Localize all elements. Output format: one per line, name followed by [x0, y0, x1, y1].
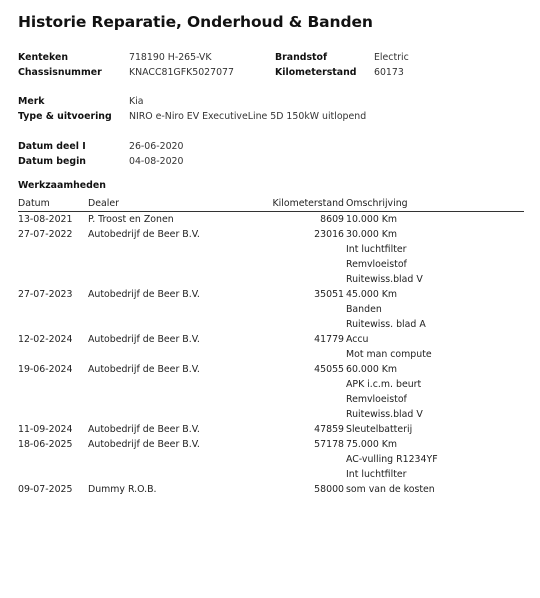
werkzaamheden-table: Datum Dealer Kilometerstand Omschrijving… [18, 196, 524, 497]
werkzaamheden-title: Werkzaamheden [18, 180, 106, 191]
kilometerstand-label: Kilometerstand [275, 65, 357, 80]
cell-omschrijving: 75.000 Km [346, 437, 397, 452]
cell-datum: 13-08-2021 [18, 212, 72, 227]
table-row: 27-07-2023Autobedrijf de Beer B.V.350514… [18, 287, 524, 332]
cell-dealer: Autobedrijf de Beer B.V. [88, 437, 200, 452]
kenteken-value: 718190 H-265-VK [129, 50, 212, 65]
merk-value: Kia [129, 94, 144, 109]
row-extra-line: Remvloeistof [18, 257, 524, 272]
table-row: 09-07-2025Dummy R.O.B.58000som van de ko… [18, 482, 524, 497]
cell-kilometerstand: 41779 [314, 332, 344, 347]
cell-dealer: Dummy R.O.B. [88, 482, 157, 497]
cell-omschrijving: 30.000 Km [346, 227, 397, 242]
row-extra-line: Int luchtfilter [18, 467, 524, 482]
row-extra-line: Ruitewiss. blad A [18, 317, 524, 332]
row-main-line: 27-07-2022Autobedrijf de Beer B.V.230163… [18, 227, 524, 242]
cell-datum: 09-07-2025 [18, 482, 72, 497]
cell-omschrijving: Ruitewiss. blad A [346, 317, 426, 332]
datum-deel1-value: 26-06-2020 [129, 139, 183, 154]
row-extra-line: Remvloeistof [18, 392, 524, 407]
row-main-line: 27-07-2023Autobedrijf de Beer B.V.350514… [18, 287, 524, 302]
column-header-kilometerstand: Kilometerstand [273, 196, 345, 211]
row-main-line: 13-08-2021P. Troost en Zonen860910.000 K… [18, 212, 524, 227]
cell-kilometerstand: 45055 [314, 362, 344, 377]
cell-omschrijving: APK i.c.m. beurt [346, 377, 421, 392]
cell-omschrijving: Remvloeistof [346, 392, 407, 407]
cell-omschrijving: AC-vulling R1234YF [346, 452, 438, 467]
column-header-datum: Datum [18, 196, 50, 211]
cell-omschrijving: Mot man compute [346, 347, 432, 362]
row-main-line: 12-02-2024Autobedrijf de Beer B.V.41779A… [18, 332, 524, 347]
cell-omschrijving: som van de kosten [346, 482, 435, 497]
cell-datum: 27-07-2023 [18, 287, 72, 302]
cell-kilometerstand: 35051 [314, 287, 344, 302]
chassis-label: Chassisnummer [18, 65, 102, 80]
cell-dealer: Autobedrijf de Beer B.V. [88, 362, 200, 377]
column-header-dealer: Dealer [88, 196, 119, 211]
datum-deel1-label: Datum deel I [18, 139, 86, 154]
row-extra-line: Mot man compute [18, 347, 524, 362]
table-body: 13-08-2021P. Troost en Zonen860910.000 K… [18, 212, 524, 497]
table-row: 19-06-2024Autobedrijf de Beer B.V.450556… [18, 362, 524, 422]
cell-dealer: Autobedrijf de Beer B.V. [88, 287, 200, 302]
kenteken-label: Kenteken [18, 50, 68, 65]
cell-omschrijving: Int luchtfilter [346, 242, 407, 257]
cell-kilometerstand: 23016 [314, 227, 344, 242]
row-extra-line: Int luchtfilter [18, 242, 524, 257]
cell-omschrijving: Sleutelbatterij [346, 422, 412, 437]
row-extra-line: Ruitewiss.blad V [18, 407, 524, 422]
brandstof-value: Electric [374, 50, 409, 65]
cell-datum: 18-06-2025 [18, 437, 72, 452]
datum-begin-label: Datum begin [18, 154, 86, 169]
row-extra-line: Banden [18, 302, 524, 317]
cell-kilometerstand: 58000 [314, 482, 344, 497]
row-extra-line: APK i.c.m. beurt [18, 377, 524, 392]
row-main-line: 09-07-2025Dummy R.O.B.58000som van de ko… [18, 482, 524, 497]
row-extra-line: Ruitewiss.blad V [18, 272, 524, 287]
cell-datum: 19-06-2024 [18, 362, 72, 377]
cell-omschrijving: Accu [346, 332, 369, 347]
cell-datum: 12-02-2024 [18, 332, 72, 347]
cell-omschrijving: Ruitewiss.blad V [346, 407, 423, 422]
page-title: Historie Reparatie, Onderhoud & Banden [18, 13, 373, 31]
cell-omschrijving: 10.000 Km [346, 212, 397, 227]
type-label: Type & uitvoering [18, 109, 112, 124]
row-main-line: 19-06-2024Autobedrijf de Beer B.V.450556… [18, 362, 524, 377]
table-row: 13-08-2021P. Troost en Zonen860910.000 K… [18, 212, 524, 227]
table-header: Datum Dealer Kilometerstand Omschrijving [18, 196, 524, 212]
table-row: 11-09-2024Autobedrijf de Beer B.V.47859S… [18, 422, 524, 437]
table-row: 12-02-2024Autobedrijf de Beer B.V.41779A… [18, 332, 524, 362]
table-row: 18-06-2025Autobedrijf de Beer B.V.571787… [18, 437, 524, 482]
cell-kilometerstand: 47859 [314, 422, 344, 437]
kilometerstand-value: 60173 [374, 65, 404, 80]
row-main-line: 11-09-2024Autobedrijf de Beer B.V.47859S… [18, 422, 524, 437]
brandstof-label: Brandstof [275, 50, 327, 65]
cell-kilometerstand: 57178 [314, 437, 344, 452]
row-main-line: 18-06-2025Autobedrijf de Beer B.V.571787… [18, 437, 524, 452]
row-extra-line: AC-vulling R1234YF [18, 452, 524, 467]
cell-omschrijving: Int luchtfilter [346, 467, 407, 482]
datum-begin-value: 04-08-2020 [129, 154, 183, 169]
cell-omschrijving: 45.000 Km [346, 287, 397, 302]
cell-omschrijving: Remvloeistof [346, 257, 407, 272]
cell-kilometerstand: 8609 [320, 212, 344, 227]
cell-dealer: Autobedrijf de Beer B.V. [88, 422, 200, 437]
cell-omschrijving: 60.000 Km [346, 362, 397, 377]
cell-dealer: P. Troost en Zonen [88, 212, 174, 227]
table-row: 27-07-2022Autobedrijf de Beer B.V.230163… [18, 227, 524, 287]
vehicle-info: Kenteken 718190 H-265-VK Brandstof Elect… [18, 50, 518, 190]
chassis-value: KNACC81GFK5027077 [129, 65, 234, 80]
cell-datum: 27-07-2022 [18, 227, 72, 242]
merk-label: Merk [18, 94, 45, 109]
cell-datum: 11-09-2024 [18, 422, 72, 437]
cell-omschrijving: Banden [346, 302, 382, 317]
column-header-omschrijving: Omschrijving [346, 196, 408, 211]
cell-dealer: Autobedrijf de Beer B.V. [88, 332, 200, 347]
cell-omschrijving: Ruitewiss.blad V [346, 272, 423, 287]
type-value: NIRO e-Niro EV ExecutiveLine 5D 150kW ui… [129, 109, 366, 124]
cell-dealer: Autobedrijf de Beer B.V. [88, 227, 200, 242]
